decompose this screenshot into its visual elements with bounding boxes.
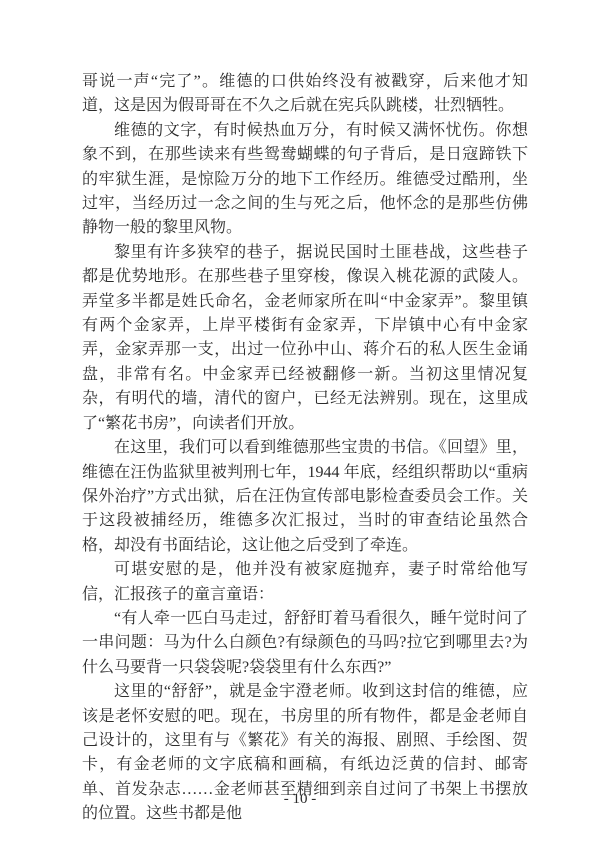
paragraph: 在这里，我们可以看到维德那些宝贵的书信。《回望》里，维德在汪伪监狱里被判刑七年，…: [82, 436, 528, 558]
body-text: 哥说一声“完了”。维德的口供始终没有被戳穿，后来他才知道，这是因为假哥哥在不久之…: [82, 70, 528, 827]
document-page: 哥说一声“完了”。维德的口供始终没有被戳穿，后来他才知道，这是因为假哥哥在不久之…: [0, 0, 600, 849]
paragraph: “有人牵一匹白马走过，舒舒盯着马看很久，睡午觉时问了一串问题：马为什么白颜色?有…: [82, 607, 528, 680]
paragraph: 维德的文字，有时候热血万分，有时候又满怀忧伤。你想象不到，在那些读来有些鸳鸯蝴蝶…: [82, 119, 528, 241]
paragraph: 可堪安慰的是，他并没有被家庭抛弃，妻子时常给他写信，汇报孩子的童言童语：: [82, 558, 528, 607]
paragraph: 黎里有许多狭窄的巷子，据说民国时土匪巷战，这些巷子都是优势地形。在那些巷子里穿梭…: [82, 241, 528, 436]
paragraph: 哥说一声“完了”。维德的口供始终没有被戳穿，后来他才知道，这是因为假哥哥在不久之…: [82, 70, 528, 119]
page-number: - 10 -: [0, 791, 600, 808]
